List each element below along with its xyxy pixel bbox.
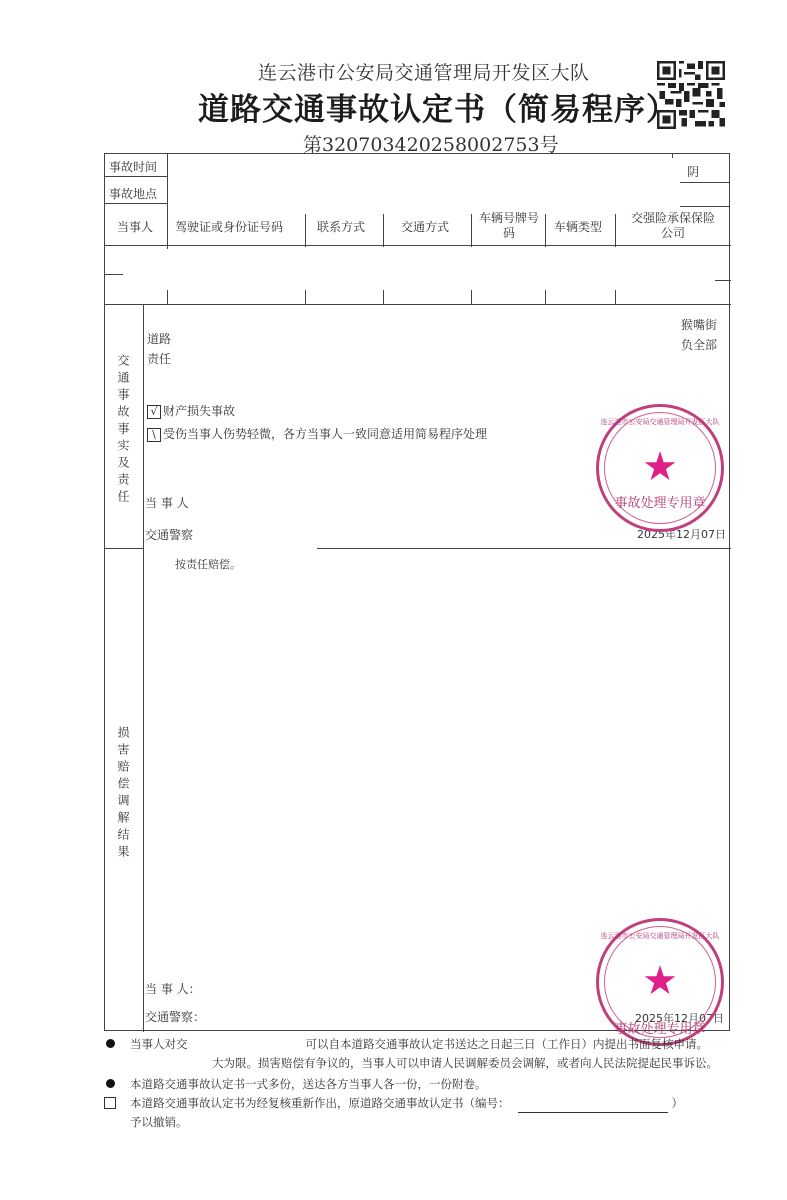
facts-section-label: 交通事故事实及责任	[115, 354, 132, 507]
facts-party-signature-label: 当 事 人	[145, 494, 189, 511]
option-property-damage[interactable]: √财产损失事故	[147, 402, 235, 419]
facts-right-partial-2: 负全部	[681, 336, 717, 353]
seal-ring-text: 连云港市公安局交通管理局开发区大队	[599, 931, 721, 941]
document-title: 道路交通事故认定书（简易程序）	[198, 84, 678, 129]
column-transport-mode: 交通方式	[401, 218, 449, 235]
seal-bottom-text: 事故处理专用章	[599, 492, 721, 511]
official-seal-mediation: 连云港市公安局交通管理局开发区大队 ★ 事故处理专用章	[596, 918, 724, 1046]
checkbox-icon[interactable]	[104, 1097, 116, 1109]
official-seal-facts: 连云港市公安局交通管理局开发区大队 ★ 事故处理专用章	[596, 404, 724, 532]
facts-partial-line-1: 道路	[147, 330, 171, 347]
original-number-field[interactable]	[518, 1101, 668, 1113]
note-review-rights: 当事人对交可以自本道路交通事故认定书送达之日起三日（工作日）内提出书面复核申请。…	[104, 1035, 734, 1073]
bullet-icon	[106, 1039, 115, 1048]
note-copies: 本道路交通事故认定书一式多份，送达各方当事人各一份，一份附卷。	[104, 1075, 734, 1094]
property-damage-checkbox[interactable]: √	[147, 405, 161, 419]
seal-ring-text: 连云港市公安局交通管理局开发区大队	[599, 417, 721, 427]
footer-notes: 当事人对交可以自本道路交通事故认定书送达之日起三日（工作日）内提出书面复核申请。…	[104, 1035, 734, 1132]
accident-form: 事故时间 事故地点 阴 当事人 驾驶证或身份证号码 联系方式 交通方式 车辆号牌…	[104, 153, 730, 1031]
column-id-number: 驾驶证或身份证号码	[175, 218, 283, 235]
facts-right-partial-1: 猴嘴街	[681, 316, 717, 333]
column-party: 当事人	[117, 218, 153, 235]
mediation-police-signature-label: 交通警察：	[145, 1008, 205, 1025]
column-insurance-company: 交强险承保保险公司	[631, 211, 715, 241]
qr-code-icon[interactable]	[657, 59, 725, 131]
note-revocation: 本道路交通事故认定书为经复核重新作出，原道路交通事故认定书（编号：） 予以撤销。	[104, 1094, 734, 1132]
mediation-party-signature-label: 当 事 人：	[145, 980, 201, 997]
facts-partial-line-2: 责任	[147, 350, 171, 367]
accident-time-label: 事故时间	[109, 158, 157, 175]
bullet-icon	[106, 1079, 115, 1088]
mediation-section-label: 损害赔偿调解结果	[115, 726, 132, 862]
column-vehicle-type: 车辆类型	[554, 218, 602, 235]
star-icon: ★	[599, 447, 721, 487]
mediation-partial-text: 按责任赔偿。	[175, 556, 241, 572]
weather-value: 阴	[687, 163, 699, 180]
facts-police-signature-label: 交通警察	[145, 526, 193, 543]
issuing-organization: 连云港市公安局交通管理局开发区大队	[258, 58, 590, 85]
minor-injury-checkbox[interactable]: \	[147, 428, 161, 442]
option-minor-injury[interactable]: \受伤当事人伤势轻微，各方当事人一致同意适用简易程序处理	[147, 425, 487, 442]
star-icon: ★	[599, 961, 721, 1001]
column-plate-number: 车辆号牌号码	[479, 211, 539, 241]
column-contact: 联系方式	[317, 218, 365, 235]
accident-place-label: 事故地点	[109, 185, 157, 202]
